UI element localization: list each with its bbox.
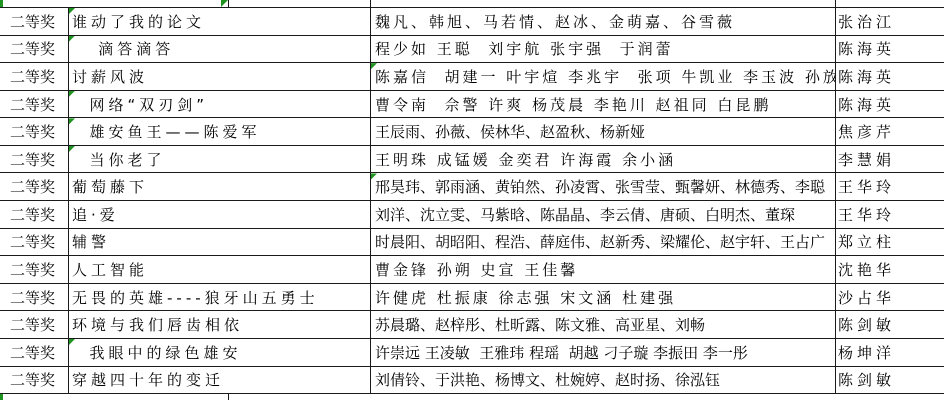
- top-partial-row-border: [228, 0, 229, 7]
- members-cell[interactable]: 程少如 王聪 刘宇航 张宇强 于润蕾: [370, 36, 835, 63]
- table-row: 二等奖 当你老了王明珠 成锰媛 金奕君 许海霞 余小涵李慧娟: [0, 146, 944, 174]
- error-indicator-icon: [68, 339, 75, 346]
- teacher-cell[interactable]: 王华玲: [835, 173, 944, 200]
- title-cell[interactable]: 葡萄藤下: [68, 173, 370, 200]
- table-row: 二等奖谁动了我的论文魏凡、韩旭、马若情、赵冰、金萌嘉、谷雪薇张治江: [0, 8, 944, 36]
- title-cell[interactable]: 辅警: [68, 229, 370, 256]
- award-cell[interactable]: 二等奖: [0, 339, 68, 366]
- award-cell[interactable]: 二等奖: [0, 146, 68, 173]
- error-indicator-icon: [68, 36, 75, 43]
- members-cell[interactable]: 曹金锋 孙朔 史宣 王佳馨: [370, 256, 835, 283]
- table-row: 二等奖 网络“双刃剑”曹令南 佘警 许爽 杨茂晨 李艳川 赵祖同 白昆鹏陈海英: [0, 91, 944, 119]
- title-cell[interactable]: 当你老了: [68, 146, 370, 173]
- members-cell[interactable]: 邢昊玮、郭雨涵、黄铂然、孙凌霄、张雪莹、甄馨妍、林德秀、李聪: [370, 173, 835, 200]
- award-cell[interactable]: 二等奖: [0, 63, 68, 90]
- bottom-partial-row-border: [228, 394, 229, 400]
- table-row: 二等奖 雄安鱼王——陈爱军王辰雨、孙薇、侯林华、赵盈秋、杨新娅焦彦芹: [0, 118, 944, 146]
- table-row: 二等奖追·爱刘洋、沈立雯、马紫晗、陈晶晶、李云倩、唐硕、白明杰、董琛王华玲: [0, 201, 944, 229]
- table-row: 二等奖穿越四十年的变迁刘倩铃、于洪艳、杨博文、杜婉婷、赵时扬、徐泓钰陈剑敏: [0, 367, 944, 395]
- error-indicator-icon: [68, 91, 75, 98]
- award-cell[interactable]: 二等奖: [0, 284, 68, 311]
- table-row: 二等奖 我眼中的绿色雄安许崇远 王凌敏 王雅玮 程瑶 胡越 刁子璇 李振田 李一…: [0, 339, 944, 367]
- award-cell[interactable]: 二等奖: [0, 118, 68, 145]
- table-row: 二等奖环境与我们唇齿相依苏晨璐、赵梓彤、杜昕露、陈文雅、高亚星、刘畅陈剑敏: [0, 311, 944, 339]
- members-cell[interactable]: 苏晨璐、赵梓彤、杜昕露、陈文雅、高亚星、刘畅: [370, 311, 835, 338]
- teacher-cell[interactable]: 李慧娟: [835, 146, 944, 173]
- title-cell[interactable]: 无畏的英雄----狼牙山五勇士: [68, 284, 370, 311]
- award-cell[interactable]: 二等奖: [0, 8, 68, 35]
- table-row: 二等奖 滴答滴答程少如 王聪 刘宇航 张宇强 于润蕾陈海英: [0, 36, 944, 64]
- teacher-cell[interactable]: 陈海英: [835, 36, 944, 63]
- teacher-cell[interactable]: 王华玲: [835, 201, 944, 228]
- table-row: 二等奖讨薪风波陈嘉信 胡建一 叶宇煊 李兆宇 张项 牛凯业 李玉波 孙放陈海英: [0, 63, 944, 91]
- members-cell[interactable]: 王明珠 成锰媛 金奕君 许海霞 余小涵: [370, 146, 835, 173]
- table-row: 二等奖辅警时晨阳、胡昭阳、程浩、薛庭伟、赵新秀、梁耀伦、赵宇轩、王占广郑立柱: [0, 229, 944, 257]
- members-cell[interactable]: 王辰雨、孙薇、侯林华、赵盈秋、杨新娅: [370, 118, 835, 145]
- title-cell[interactable]: 环境与我们唇齿相依: [68, 311, 370, 338]
- spreadsheet-awards-table: 二等奖谁动了我的论文魏凡、韩旭、马若情、赵冰、金萌嘉、谷雪薇张治江二等奖 滴答滴…: [0, 0, 944, 400]
- error-indicator-icon: [68, 146, 75, 153]
- award-cell[interactable]: 二等奖: [0, 311, 68, 338]
- error-indicator-icon: [370, 63, 377, 70]
- members-cell[interactable]: 曹令南 佘警 许爽 杨茂晨 李艳川 赵祖同 白昆鹏: [370, 91, 835, 118]
- title-cell[interactable]: 谁动了我的论文: [68, 8, 370, 35]
- teacher-cell[interactable]: 陈海英: [835, 91, 944, 118]
- table-row: 二等奖无畏的英雄----狼牙山五勇士许健虎 杜振康 徐志强 宋文涵 杜建强沙占华: [0, 284, 944, 312]
- members-cell[interactable]: 刘倩铃、于洪艳、杨博文、杜婉婷、赵时扬、徐泓钰: [370, 367, 835, 394]
- error-indicator-icon: [370, 173, 377, 180]
- title-cell[interactable]: 雄安鱼王——陈爱军: [68, 118, 370, 145]
- table-body: 二等奖谁动了我的论文魏凡、韩旭、马若情、赵冰、金萌嘉、谷雪薇张治江二等奖 滴答滴…: [0, 7, 944, 394]
- teacher-cell[interactable]: 沈艳华: [835, 256, 944, 283]
- award-cell[interactable]: 二等奖: [0, 173, 68, 200]
- award-cell[interactable]: 二等奖: [0, 201, 68, 228]
- award-cell[interactable]: 二等奖: [0, 229, 68, 256]
- column-border-award-title: [68, 7, 69, 394]
- title-cell[interactable]: 穿越四十年的变迁: [68, 367, 370, 394]
- members-cell[interactable]: 刘洋、沈立雯、马紫晗、陈晶晶、李云倩、唐硕、白明杰、董琛: [370, 201, 835, 228]
- title-cell[interactable]: 人工智能: [68, 256, 370, 283]
- teacher-cell[interactable]: 焦彦芹: [835, 118, 944, 145]
- error-indicator-icon: [68, 8, 75, 15]
- award-cell[interactable]: 二等奖: [0, 367, 68, 394]
- title-cell[interactable]: 我眼中的绿色雄安: [68, 339, 370, 366]
- teacher-cell[interactable]: 张治江: [835, 8, 944, 35]
- error-indicator-icon: [68, 118, 75, 125]
- error-indicator-icon: [221, 0, 228, 7]
- teacher-cell[interactable]: 郑立柱: [835, 229, 944, 256]
- members-cell[interactable]: 魏凡、韩旭、马若情、赵冰、金萌嘉、谷雪薇: [370, 8, 835, 35]
- title-cell[interactable]: 网络“双刃剑”: [68, 91, 370, 118]
- table-row: 二等奖人工智能曹金锋 孙朔 史宣 王佳馨沈艳华: [0, 256, 944, 284]
- award-cell[interactable]: 二等奖: [0, 91, 68, 118]
- column-border-members-teacher: [835, 0, 836, 394]
- teacher-cell[interactable]: 陈剑敏: [835, 311, 944, 338]
- teacher-cell[interactable]: 陈剑敏: [835, 367, 944, 394]
- title-cell[interactable]: 追·爱: [68, 201, 370, 228]
- members-cell[interactable]: 时晨阳、胡昭阳、程浩、薛庭伟、赵新秀、梁耀伦、赵宇轩、王占广: [370, 229, 835, 256]
- members-cell[interactable]: 许健虎 杜振康 徐志强 宋文涵 杜建强: [370, 284, 835, 311]
- column-border-title-members: [370, 0, 371, 394]
- members-cell[interactable]: 陈嘉信 胡建一 叶宇煊 李兆宇 张项 牛凯业 李玉波 孙放: [370, 63, 835, 90]
- award-cell[interactable]: 二等奖: [0, 36, 68, 63]
- title-cell[interactable]: 讨薪风波: [68, 63, 370, 90]
- teacher-cell[interactable]: 陈海英: [835, 63, 944, 90]
- members-cell[interactable]: 许崇远 王凌敏 王雅玮 程瑶 胡越 刁子璇 李振田 李一彤: [370, 339, 835, 366]
- table-row: 二等奖葡萄藤下邢昊玮、郭雨涵、黄铂然、孙凌霄、张雪莹、甄馨妍、林德秀、李聪王华玲: [0, 173, 944, 201]
- teacher-cell[interactable]: 沙占华: [835, 284, 944, 311]
- title-cell[interactable]: 滴答滴答: [68, 36, 370, 63]
- teacher-cell[interactable]: 杨坤洋: [835, 339, 944, 366]
- award-cell[interactable]: 二等奖: [0, 256, 68, 283]
